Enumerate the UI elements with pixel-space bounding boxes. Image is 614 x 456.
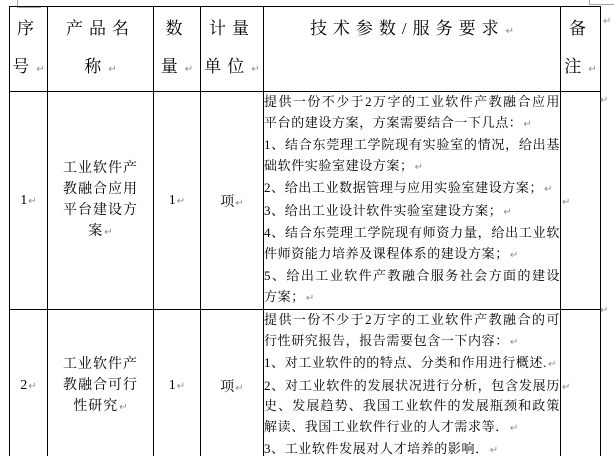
row-end-paragraph-mark: ↵	[603, 16, 611, 27]
text-line: 1↵	[154, 193, 200, 209]
paragraph-mark: ↵	[28, 381, 36, 392]
row1-product-name-cell[interactable]: 工业软件产教融合应用平台建设方案↵	[48, 92, 154, 310]
text-line: 2、给出工业数据管理与应用实验室建设方案；↵	[264, 178, 560, 201]
table-row-2: 2↵ 工业软件产教融合可行性研究↵ 1↵ 项↵ 提供一份不少于2万字的工业软件产…	[10, 310, 601, 456]
text-line: 5、给出工业软件产教融合服务社会方面的建设	[264, 266, 560, 287]
text-line: 技术参数/服务要求↵	[264, 10, 560, 51]
text-line: 2、对工业软件的发展状况进行分析，包含发展历	[264, 376, 560, 397]
procurement-requirements-table: 序号↵ 产品名称↵ 数量↵ 计量单位↵ 技术参数/服务要求↵ 备注↵ 1↵ 工业…	[9, 6, 601, 456]
text-line: 行性研究报告，报告需要包含一下内容：↵	[264, 331, 560, 354]
paragraph-mark: ↵	[510, 250, 518, 261]
header-notes[interactable]: 备注↵	[561, 7, 601, 92]
paragraph-mark: ↵	[562, 197, 570, 208]
text-line: 1↵	[10, 193, 47, 209]
text-line: 平台的建设方案，方案需要结合一下几点：↵	[264, 113, 560, 136]
text-line: 性研究↵	[48, 396, 153, 418]
row2-product-name-cell[interactable]: 工业软件产教融合可行性研究↵	[48, 310, 154, 456]
text-line: 备	[561, 10, 600, 48]
table-row-1: 1↵ 工业软件产教融合应用平台建设方案↵ 1↵ 项↵ 提供一份不少于2万字的工业…	[10, 92, 601, 310]
text-line: ↵	[561, 377, 600, 395]
row1-quantity-cell[interactable]: 1↵	[154, 92, 201, 310]
paragraph-mark: ↵	[235, 198, 243, 209]
text-line: 教融合应用	[48, 179, 153, 200]
row1-serial-cell[interactable]: 1↵	[10, 92, 48, 310]
paragraph-mark: ↵	[251, 64, 259, 75]
text-line: 1、对工业软件的的特点、分类和作用进行概述.↵	[264, 353, 560, 376]
text-line: 提供一份不少于2万字的工业软件产教融合的可	[264, 310, 560, 331]
paragraph-mark: ↵	[185, 64, 193, 75]
row-end-paragraph-mark: ↵	[600, 305, 608, 316]
text-line: 产品名	[48, 10, 153, 48]
text-line: 工业软件产	[48, 354, 153, 375]
text-line: 史、发展趋势、我国工业软件的发展瓶颈和政策	[264, 396, 560, 417]
text-line: 平台建设方	[48, 200, 153, 221]
text-line: 量↵	[154, 48, 200, 89]
paragraph-mark: ↵	[177, 381, 185, 392]
row1-notes-cell[interactable]: ↵	[561, 92, 601, 310]
paragraph-mark: ↵	[503, 207, 511, 218]
row2-serial-cell[interactable]: 2↵	[10, 310, 48, 456]
header-product-name[interactable]: 产品名称↵	[48, 7, 154, 92]
row-end-paragraph-mark: ↵	[600, 95, 608, 106]
text-line: 1、结合东莞理工学院现有实验室的情况，给出基	[264, 135, 560, 156]
text-line: 教融合可行	[48, 375, 153, 396]
paragraph-mark: ↵	[104, 227, 112, 238]
ruler-fragment	[589, 4, 614, 5]
paragraph-mark: ↵	[235, 383, 243, 394]
text-line: 称↵	[48, 48, 153, 89]
text-line: 案↵	[48, 221, 153, 243]
row2-specs-cell[interactable]: 提供一份不少于2万字的工业软件产教融合的可行性研究报告，报告需要包含一下内容：↵…	[264, 310, 561, 456]
text-line: ↵	[561, 192, 600, 210]
paragraph-mark: ↵	[36, 64, 44, 75]
paragraph-mark: ↵	[544, 184, 552, 195]
text-line: 号↵	[10, 48, 47, 89]
text-line: 础软件实验室建设方案；↵	[264, 156, 560, 179]
row1-specs-cell[interactable]: 提供一份不少于2万字的工业软件产教融合应用平台的建设方案，方案需要结合一下几点：…	[264, 92, 561, 310]
paragraph-mark: ↵	[415, 162, 423, 173]
row2-notes-cell[interactable]: ↵	[561, 310, 601, 456]
paragraph-mark: ↵	[119, 402, 127, 413]
text-line: 4、结合东莞理工学院现有师资力量，给出工业软	[264, 223, 560, 244]
text-line: 项↵	[201, 191, 263, 211]
text-line: 3、给出工业设计软件实验室建设方案；↵	[264, 201, 560, 224]
text-line: 1↵	[154, 378, 200, 394]
header-quantity[interactable]: 数量↵	[154, 7, 201, 92]
text-line: 方案；↵	[264, 287, 560, 310]
text-line: 2↵	[10, 378, 47, 394]
header-specs[interactable]: 技术参数/服务要求↵	[264, 7, 561, 92]
text-line: 数	[154, 10, 200, 48]
paragraph-mark: ↵	[523, 119, 531, 130]
text-line: 计量	[201, 10, 263, 48]
paragraph-mark: ↵	[510, 337, 518, 348]
text-line: 3、工业软件发展对人才培养的影响．↵	[264, 439, 560, 456]
paragraph-mark: ↵	[588, 64, 596, 75]
paragraph-mark: ↵	[506, 26, 514, 37]
row2-quantity-cell[interactable]: 1↵	[154, 310, 201, 456]
text-line: 序	[10, 10, 47, 48]
text-line: 注↵	[561, 48, 600, 89]
row2-unit-cell[interactable]: 项↵	[201, 310, 264, 456]
text-line: 提供一份不少于2万字的工业软件产教融合应用	[264, 92, 560, 113]
row1-unit-cell[interactable]: 项↵	[201, 92, 264, 310]
text-line: 件师资能力培养及课程体系的建设方案；↵	[264, 244, 560, 267]
text-line: 工业软件产	[48, 158, 153, 179]
paragraph-mark: ↵	[562, 382, 570, 393]
header-unit[interactable]: 计量单位↵	[201, 7, 264, 92]
paragraph-mark: ↵	[510, 423, 518, 434]
paragraph-mark: ↵	[177, 196, 185, 207]
paragraph-mark: ↵	[490, 445, 498, 456]
paragraph-mark: ↵	[108, 64, 116, 75]
text-line: 项↵	[201, 376, 263, 396]
text-line: 解读、我国工业软件行业的人才需求等．↵	[264, 417, 560, 440]
paragraph-mark: ↵	[306, 293, 314, 304]
header-serial-number[interactable]: 序号↵	[10, 7, 48, 92]
text-line: 单位↵	[201, 48, 263, 89]
document-page: 序号↵ 产品名称↵ 数量↵ 计量单位↵ 技术参数/服务要求↵ 备注↵ 1↵ 工业…	[0, 0, 614, 456]
paragraph-mark: ↵	[548, 359, 556, 370]
paragraph-mark: ↵	[28, 196, 36, 207]
table-header-row: 序号↵ 产品名称↵ 数量↵ 计量单位↵ 技术参数/服务要求↵ 备注↵	[10, 7, 601, 92]
